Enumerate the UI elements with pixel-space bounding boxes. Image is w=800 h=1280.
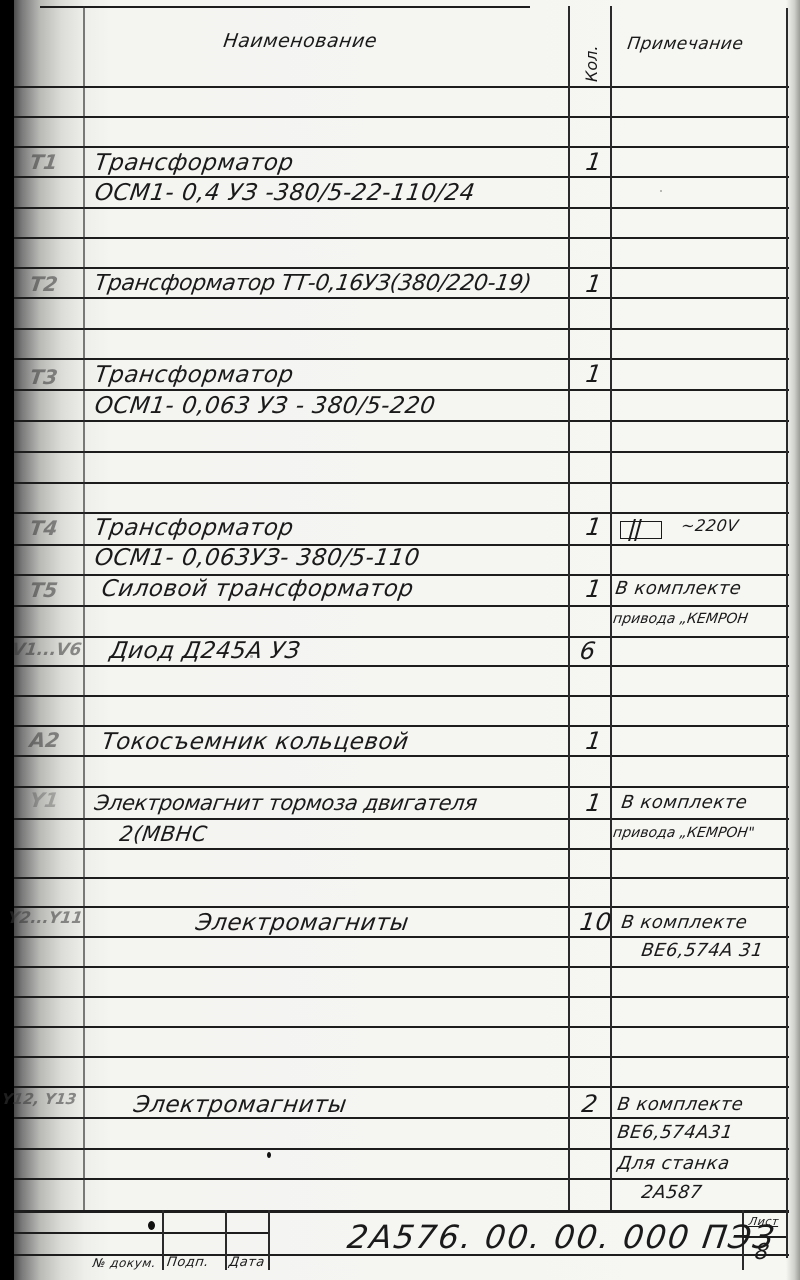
document-designation: 2А576. 00. 00. 000 ПЭЗ	[345, 1218, 778, 1256]
ref-designator: T1	[28, 150, 59, 174]
item-name-spec: ОСМ1- 0,063 УЗ - 380/5-220	[93, 393, 437, 419]
ref-designator: T5	[28, 578, 59, 602]
item-name: Диод Д245А УЗ	[108, 638, 302, 664]
ref-designator: Y12, Y13	[1, 1090, 78, 1108]
item-note: 2А587	[640, 1182, 704, 1203]
item-note: В комплекте	[620, 912, 749, 933]
item-qty: 1	[584, 789, 604, 817]
scanned-document-page: Наименование Кол. Примечание T1 T2 T3 T4…	[0, 0, 800, 1280]
item-note: ~220V	[680, 516, 740, 535]
item-name: Трансформатор	[93, 150, 295, 176]
item-note: Для станка	[616, 1153, 731, 1174]
item-note: ВЕ6,574А31	[616, 1122, 734, 1143]
item-qty: 1	[584, 360, 604, 388]
ref-designator: V1...V6	[11, 640, 83, 660]
item-name: Трансформатор	[93, 515, 295, 541]
page-edge	[786, 0, 800, 1280]
item-qty: 1	[584, 575, 604, 603]
ink-spot	[267, 1152, 271, 1158]
item-qty: 6	[578, 637, 598, 665]
speck	[660, 190, 662, 192]
relay-coil-symbol-icon	[620, 521, 662, 539]
item-qty: 1	[584, 148, 604, 176]
item-qty: 2	[580, 1090, 600, 1118]
ref-designator: T3	[28, 365, 59, 389]
item-name-spec: ОСМ1- 0,4 УЗ -380/5-22-110/24	[93, 180, 477, 206]
sheet-number: 8	[753, 1240, 771, 1265]
item-name: Силовой трансформатор	[100, 576, 415, 602]
header-name-column: Наименование	[222, 30, 379, 52]
signature-label: Подп.	[166, 1255, 210, 1270]
ref-designator: Y2...Y11	[7, 908, 84, 927]
item-name: Электромагниты	[132, 1092, 349, 1118]
doc-number-label: № докум.	[92, 1256, 157, 1270]
item-qty: 1	[584, 270, 604, 298]
sheet-label: Лист	[748, 1215, 780, 1228]
ref-designator: T2	[28, 272, 59, 296]
item-qty: 10	[578, 908, 613, 936]
item-qty: 1	[584, 513, 604, 541]
ref-designator: Y1	[28, 788, 60, 812]
item-name: Токосъемник кольцевой	[100, 729, 410, 755]
item-name: Электромагнит тормоза двигателя	[93, 791, 479, 815]
ref-designator: T4	[28, 516, 59, 540]
item-note: В комплекте	[620, 792, 749, 813]
item-note: В комплекте	[614, 578, 743, 599]
item-name: Трансформатор ТТ-0,16УЗ(380/220-19)	[93, 271, 533, 296]
item-note: ВЕ6,574А 31	[640, 940, 765, 961]
item-name: Трансформатор	[93, 362, 295, 388]
item-note: привода „КЕМРОН	[612, 611, 749, 627]
speck	[250, 655, 253, 658]
item-name-spec: ОСМ1- 0,063УЗ- 380/5-110	[93, 545, 422, 571]
item-name-spec: 2(МВНС	[118, 822, 209, 846]
ref-designator: A2	[28, 728, 61, 752]
binding-shadow	[0, 0, 14, 1280]
item-qty: 1	[584, 727, 604, 755]
item-note: В комплекте	[616, 1094, 745, 1115]
header-note-column: Примечание	[626, 34, 745, 54]
header-qty-column: Кол.	[582, 46, 601, 82]
ink-spot	[148, 1221, 155, 1230]
date-label: Дата	[228, 1255, 266, 1270]
item-name: Электромагниты	[194, 910, 411, 936]
item-note: привода „КЕМРОН"	[612, 825, 755, 841]
